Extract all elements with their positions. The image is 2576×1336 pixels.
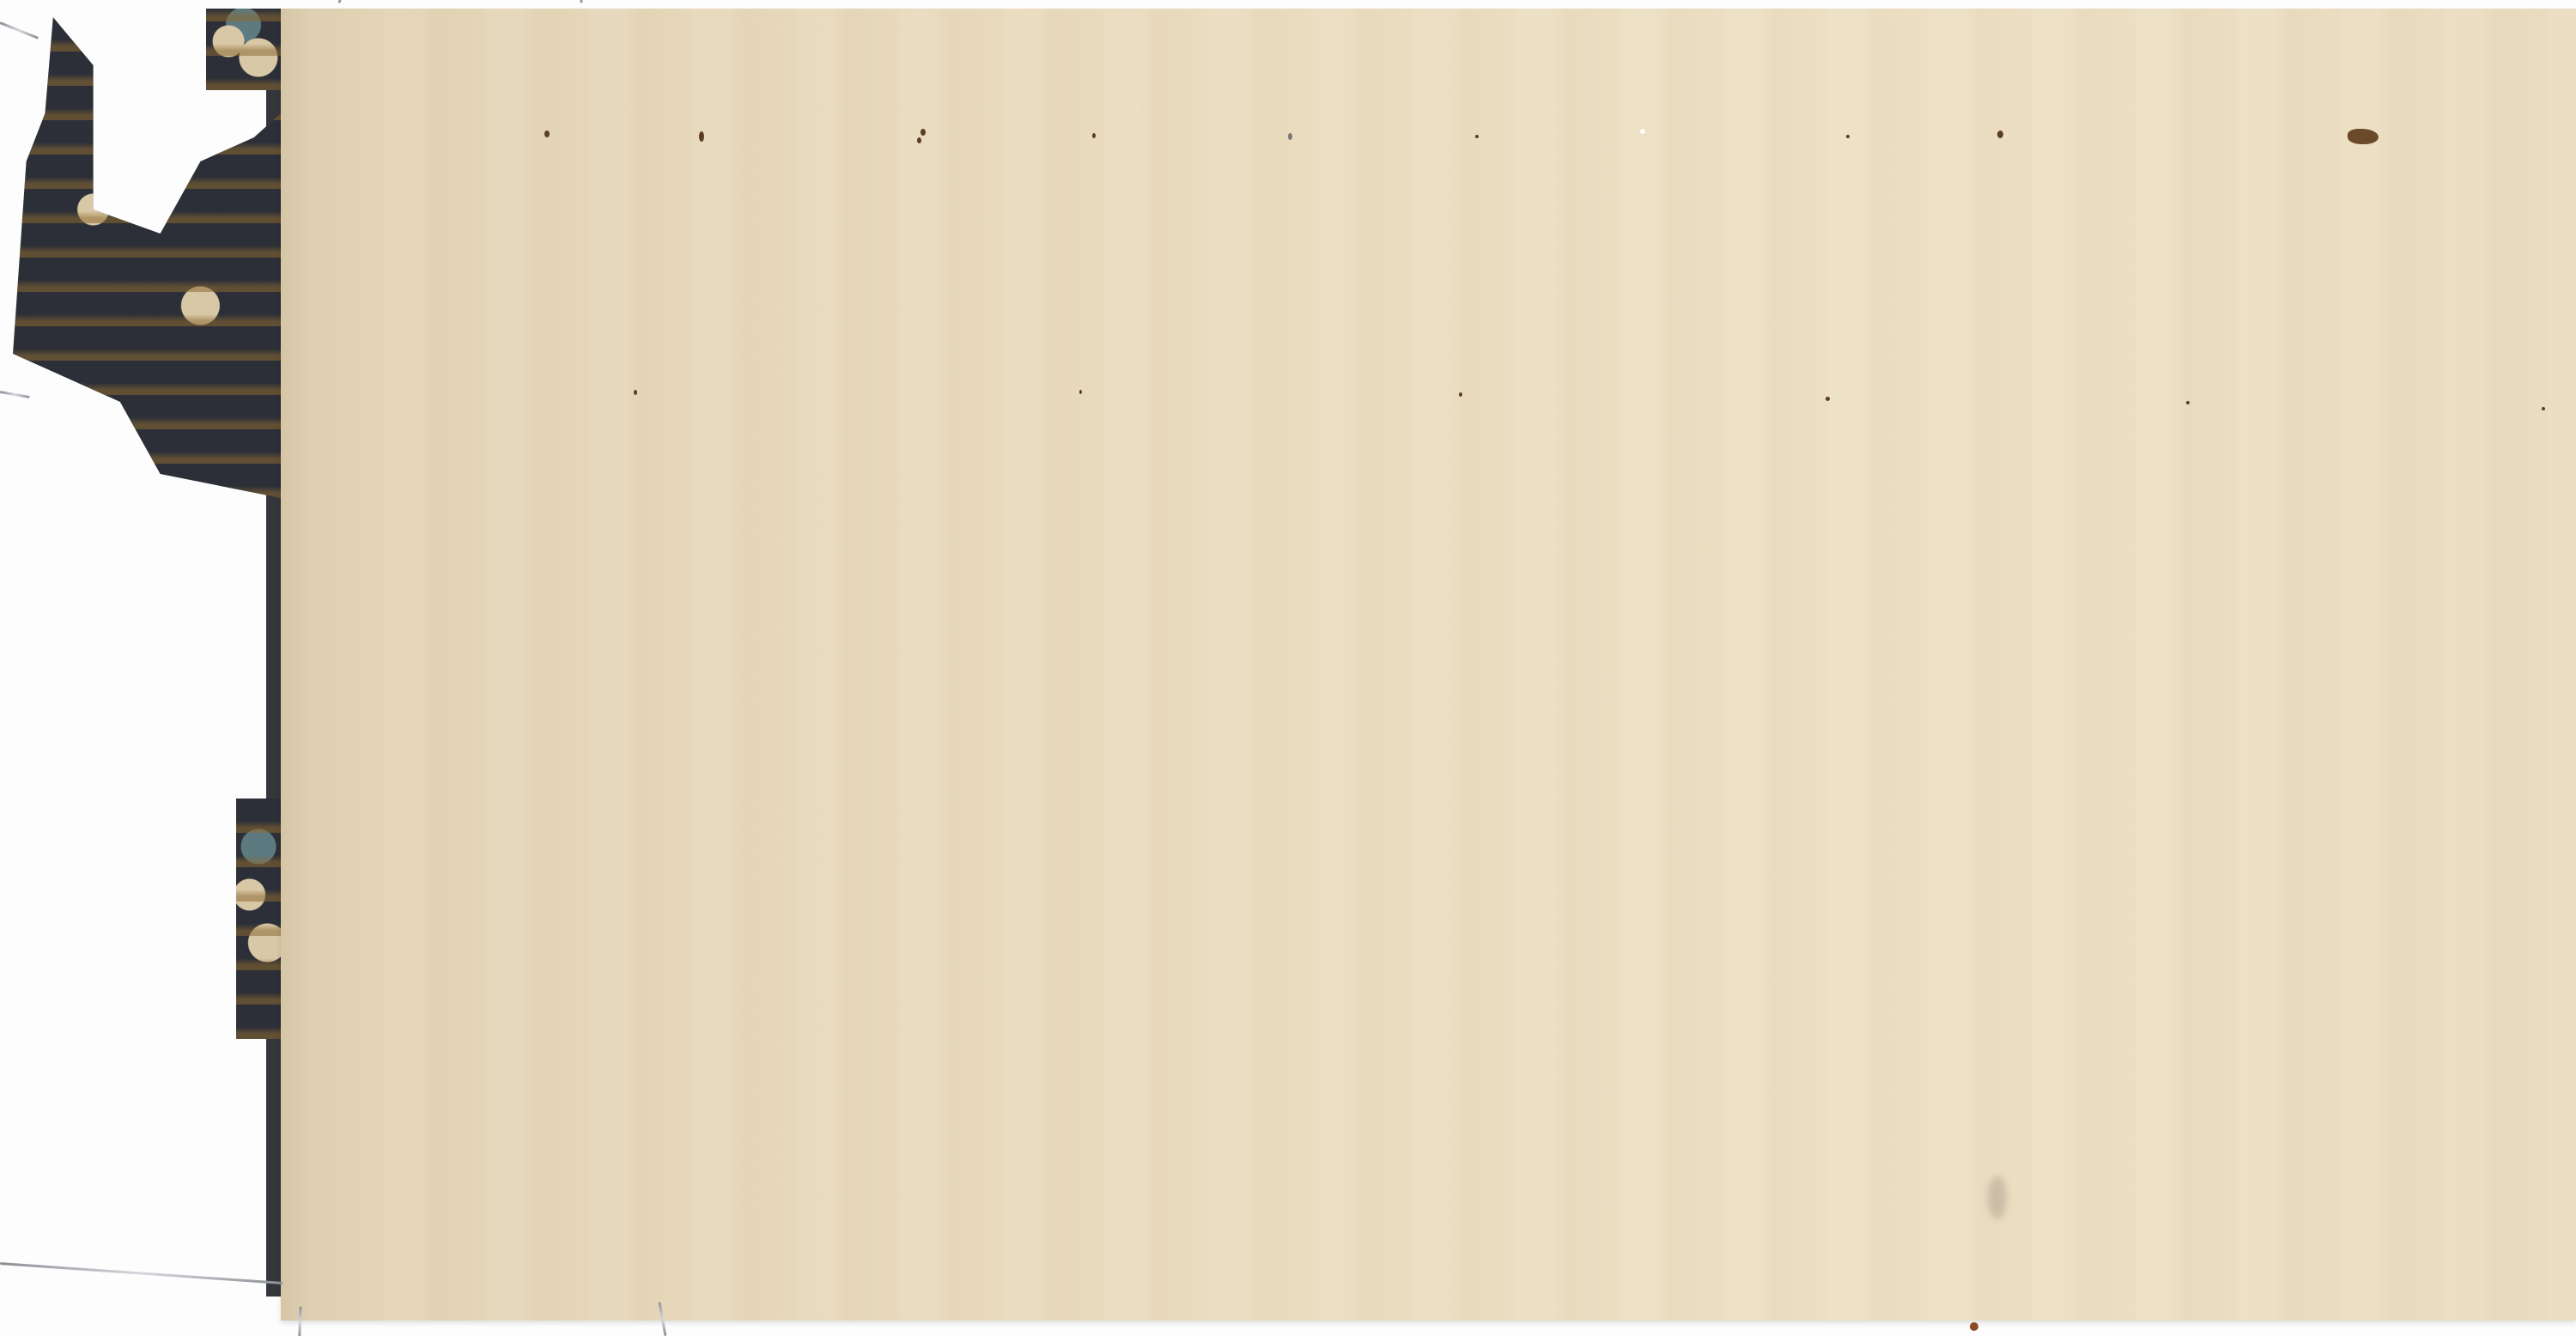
foxing-spot bbox=[917, 137, 921, 143]
foxing-spot bbox=[1826, 397, 1830, 401]
foxing-spot bbox=[2542, 407, 2545, 410]
foxing-spot bbox=[1475, 135, 1479, 138]
foxing-spot bbox=[544, 131, 550, 137]
foxing-spot bbox=[634, 390, 637, 395]
foxing-spot bbox=[1997, 131, 2003, 138]
foxing-spot bbox=[1288, 133, 1292, 140]
foxing-spot bbox=[699, 131, 704, 142]
foxing-spot bbox=[1092, 133, 1096, 138]
foxing-spot bbox=[2186, 401, 2190, 404]
pinhole bbox=[1640, 129, 1645, 134]
torn-print-fragment-middle bbox=[236, 799, 281, 1039]
foxing-spot bbox=[1079, 390, 1082, 394]
mounting-pin bbox=[580, 0, 583, 3]
rust-spot bbox=[1970, 1322, 1978, 1331]
foxing-spot bbox=[920, 129, 926, 136]
torn-print-fragment-top bbox=[206, 9, 281, 90]
foxing-spot bbox=[1846, 135, 1850, 138]
smudge-stain bbox=[1988, 1176, 2007, 1219]
paper-edge-shading bbox=[281, 9, 332, 1321]
foxing-spot bbox=[1459, 392, 1462, 397]
ink-blot bbox=[2348, 129, 2379, 144]
blank-paper-sheet bbox=[281, 9, 2576, 1321]
